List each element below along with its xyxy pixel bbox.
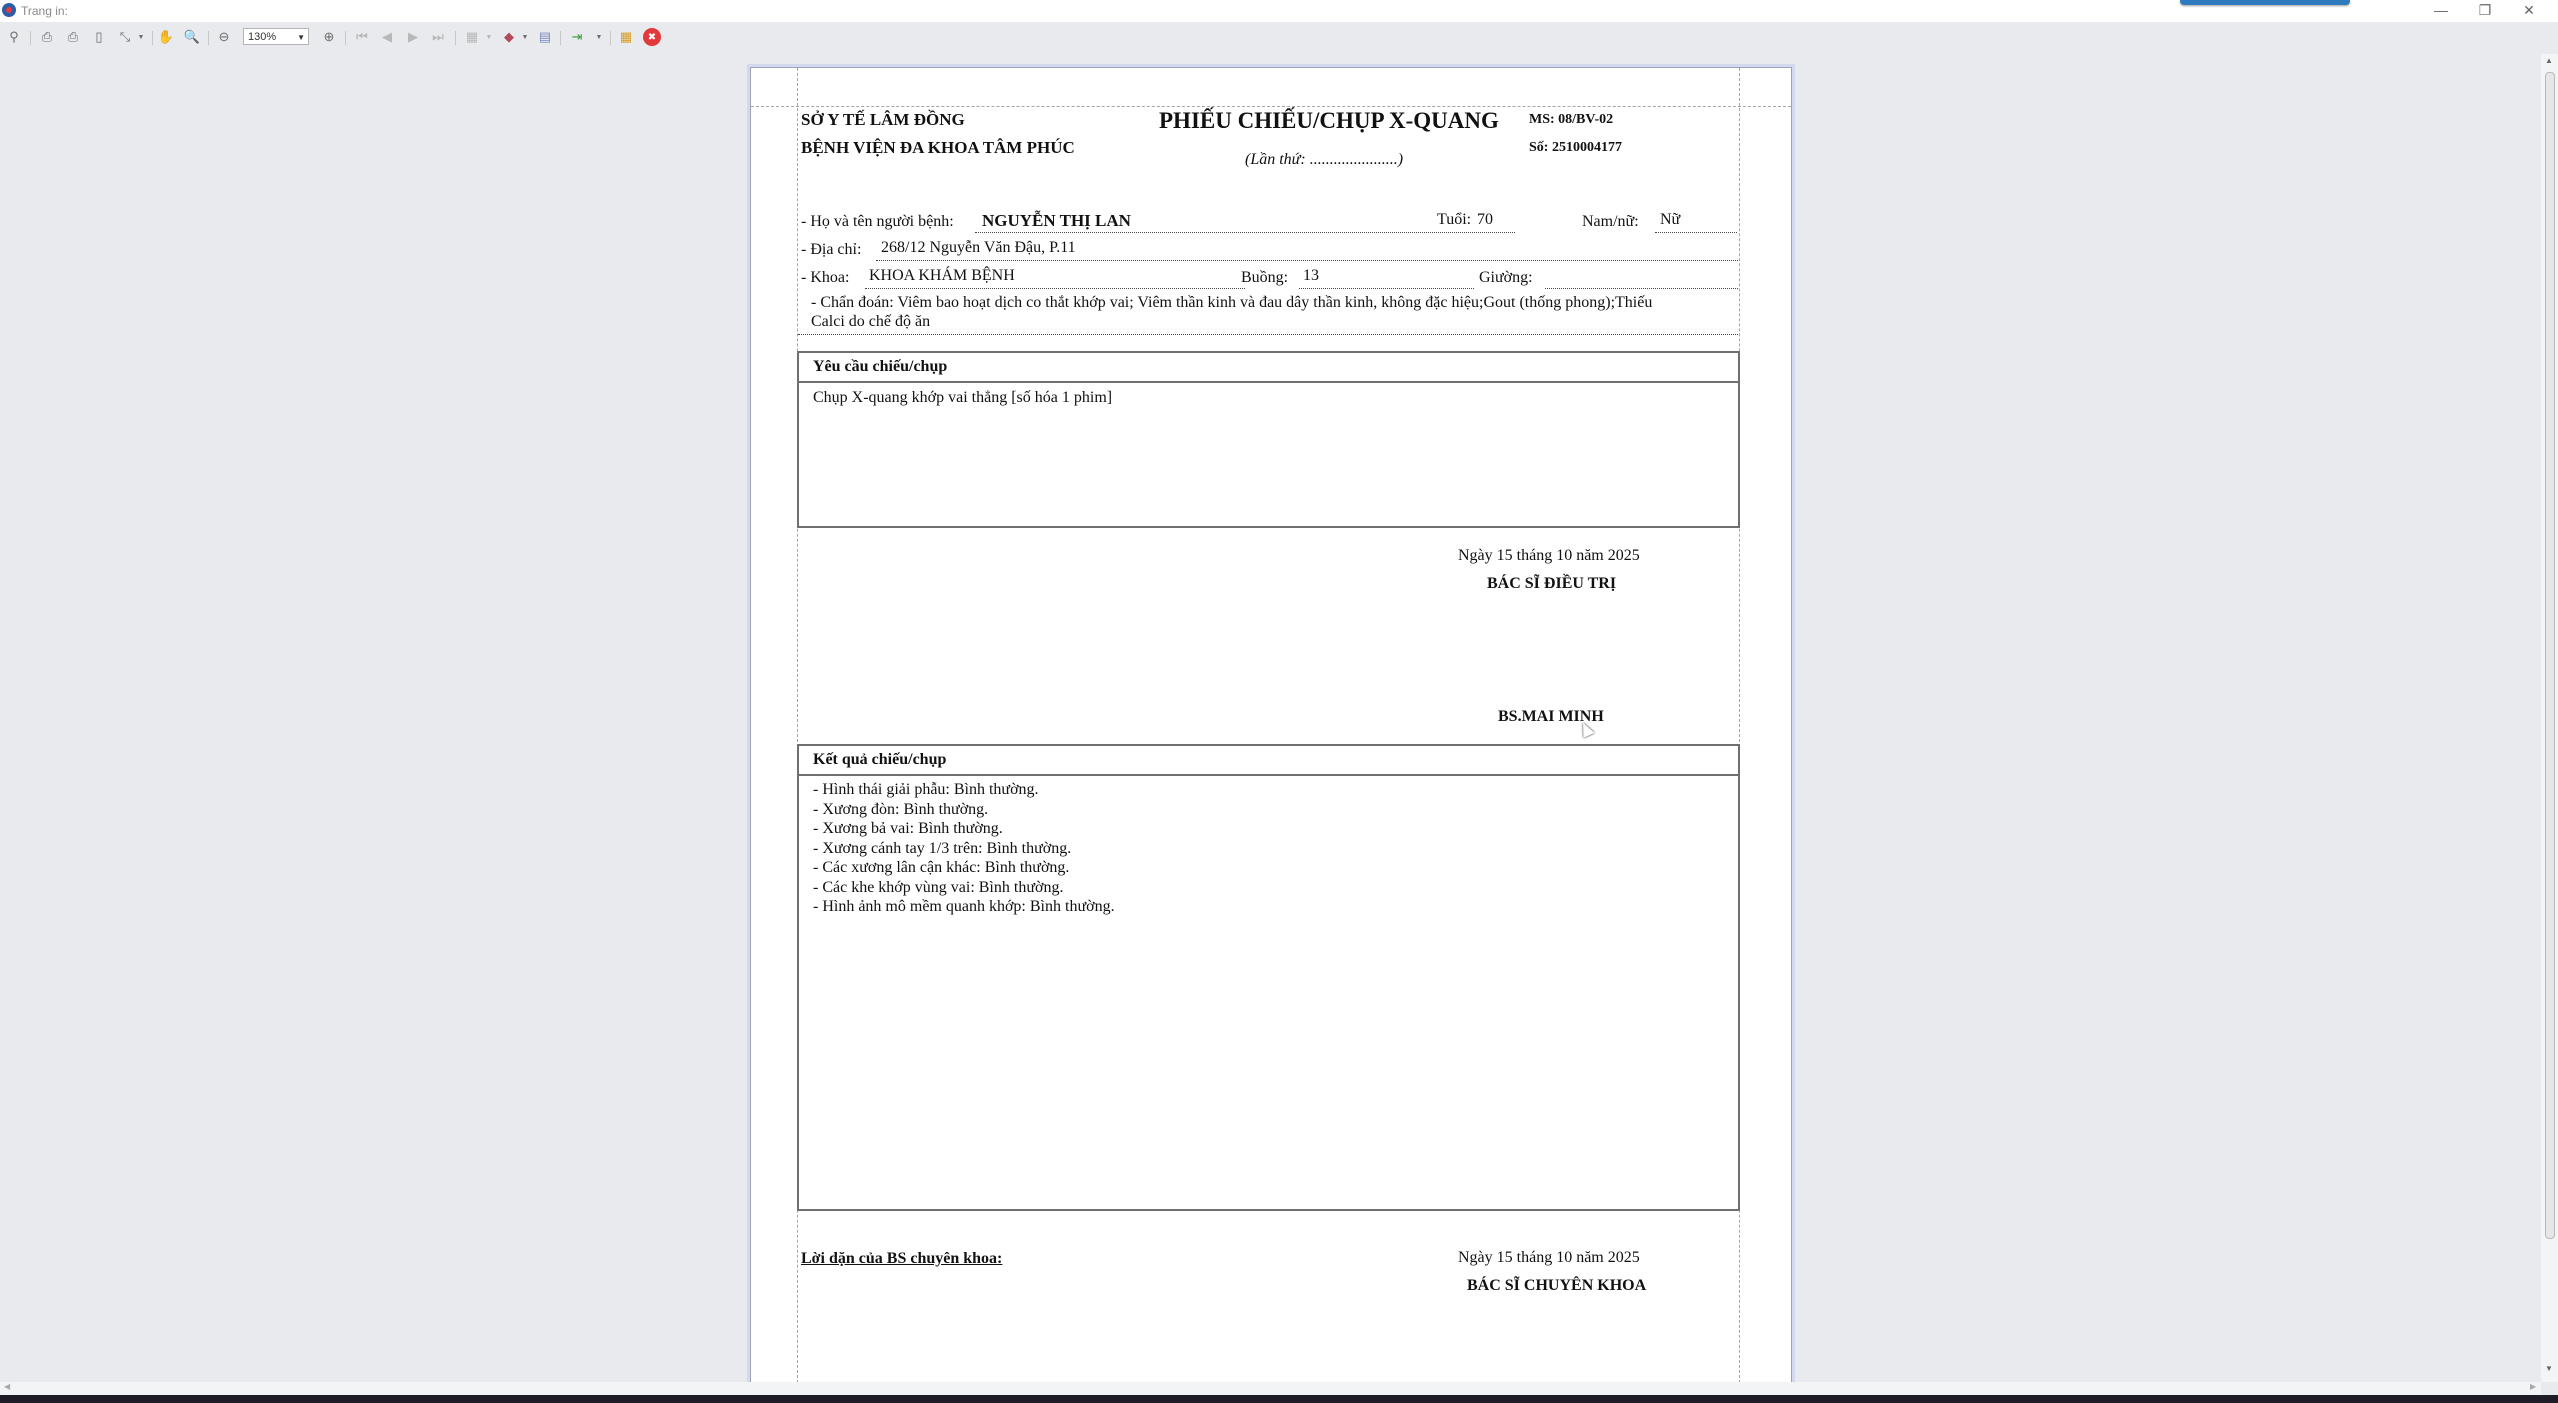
zoom-select[interactable]: 130% ▼ xyxy=(243,28,309,45)
page-setup-icon[interactable]: ▯ xyxy=(90,28,108,46)
result-line: - Các khe khớp vùng vai: Bình thường. xyxy=(813,879,1063,897)
patient-room: 13 xyxy=(1303,267,1319,285)
address-label: - Địa chỉ: xyxy=(801,241,861,259)
treating-date: Ngày 15 tháng 10 năm 2025 xyxy=(1458,547,1640,565)
scroll-right-icon[interactable]: ▶ xyxy=(2530,1382,2536,1391)
toolbar-separator xyxy=(208,31,209,45)
zoom-value: 130% xyxy=(248,31,276,43)
app-icon xyxy=(2,3,16,17)
result-line: - Hình thái giải phẫu: Bình thường. xyxy=(813,781,1039,799)
preview-viewport[interactable]: SỞ Y TẾ LÂM ĐỒNG BỆNH VIỆN ĐA KHOA TÂM P… xyxy=(0,54,2540,1382)
vertical-scrollbar[interactable]: ▲ ▼ xyxy=(2541,54,2558,1382)
last-page-icon[interactable]: ⏭ xyxy=(429,28,447,46)
notification-bar xyxy=(2180,0,2350,5)
result-heading: Kết quả chiếu/chụp xyxy=(813,751,946,769)
previous-page-icon[interactable]: ◀ xyxy=(378,28,396,46)
title-bar: Trang in: — ❐ ✕ xyxy=(0,0,2558,22)
toolbar-separator xyxy=(345,31,346,45)
scale-dropdown-icon[interactable]: ▼ xyxy=(132,28,150,46)
vertical-scroll-thumb[interactable] xyxy=(2545,72,2555,1239)
result-line: - Các xương lân cận khác: Bình thường. xyxy=(813,859,1069,877)
close-preview-icon[interactable]: ✖ xyxy=(643,28,661,46)
department-label: - Khoa: xyxy=(801,269,849,287)
minimize-button[interactable]: — xyxy=(2420,0,2462,22)
toolbar-separator xyxy=(152,31,153,45)
export-icon[interactable]: ⇥ xyxy=(568,28,586,46)
result-line: - Xương bả vai: Bình thường. xyxy=(813,820,1003,838)
close-button[interactable]: ✕ xyxy=(2508,0,2550,22)
toolbar-separator xyxy=(30,31,31,45)
find-icon[interactable]: ⚲ xyxy=(5,28,23,46)
result-box: Kết quả chiếu/chụp - Hình thái giải phẫu… xyxy=(797,744,1740,1211)
result-line: - Xương đòn: Bình thường. xyxy=(813,801,988,819)
form-code: MS: 08/BV-02 xyxy=(1529,112,1613,128)
advice-label: Lời dặn của BS chuyên khoa: xyxy=(801,1250,1002,1268)
document-page: SỞ Y TẾ LÂM ĐỒNG BỆNH VIỆN ĐA KHOA TÂM P… xyxy=(750,67,1792,1382)
room-dotted-line xyxy=(1299,288,1474,289)
toolbar-separator xyxy=(455,31,456,45)
horizontal-scrollbar[interactable]: ◀ ▶ xyxy=(0,1382,2541,1395)
magnifier-icon[interactable]: 🔍 xyxy=(183,28,201,46)
scroll-left-icon[interactable]: ◀ xyxy=(4,1382,10,1391)
room-label: Buồng: xyxy=(1241,269,1288,287)
request-heading: Yêu cầu chiếu/chụp xyxy=(813,358,947,376)
request-header: Yêu cầu chiếu/chụp xyxy=(799,353,1738,383)
department-dotted-line xyxy=(865,288,1245,289)
restore-button[interactable]: ❐ xyxy=(2464,0,2506,22)
multiple-pages-icon[interactable]: ▦ xyxy=(463,28,481,46)
result-line: - Hình ảnh mô mềm quanh khớp: Bình thườn… xyxy=(813,898,1115,916)
parameters-icon[interactable]: ▦ xyxy=(617,28,635,46)
result-line: - Xương cánh tay 1/3 trên: Bình thường. xyxy=(813,840,1071,858)
gender-dotted-line xyxy=(1655,232,1737,233)
specialist-date: Ngày 15 tháng 10 năm 2025 xyxy=(1458,1249,1640,1267)
zoom-in-icon[interactable]: ⊕ xyxy=(320,28,338,46)
form-title: PHIẾU CHIẾU/CHỤP X-QUANG xyxy=(1159,108,1499,134)
bed-dotted-line xyxy=(1545,288,1738,289)
patient-age: 70 xyxy=(1477,211,1493,229)
patient-name: NGUYỄN THỊ LAN xyxy=(982,211,1131,231)
result-header: Kết quả chiếu/chụp xyxy=(799,746,1738,776)
specialist-title: BÁC SĨ CHUYÊN KHOA xyxy=(1467,1277,1646,1295)
background-dropdown-icon[interactable]: ▼ xyxy=(516,28,534,46)
diagnosis-line-1: - Chẩn đoán: Viêm bao hoạt dịch co thắt … xyxy=(811,294,1652,312)
document-number: Số: 2510004177 xyxy=(1529,140,1622,156)
scroll-down-icon[interactable]: ▼ xyxy=(2545,1364,2553,1373)
next-page-icon[interactable]: ▶ xyxy=(404,28,422,46)
patient-department: KHOA KHÁM BỆNH xyxy=(869,267,1015,285)
name-dotted-line xyxy=(975,232,1515,233)
toolbar-separator xyxy=(560,31,561,45)
toolbar-separator xyxy=(610,31,611,45)
watermark-icon[interactable]: ▤ xyxy=(536,28,554,46)
patient-gender: Nữ xyxy=(1660,211,1680,229)
multiple-pages-dropdown-icon[interactable]: ▼ xyxy=(480,28,498,46)
request-box: Yêu cầu chiếu/chụp Chụp X-quang khớp vai… xyxy=(797,351,1740,528)
address-dotted-line xyxy=(876,260,1738,261)
department-name: SỞ Y TẾ LÂM ĐỒNG xyxy=(801,110,965,130)
print-icon[interactable]: ⎙ xyxy=(38,28,56,46)
export-dropdown-icon[interactable]: ▼ xyxy=(590,28,608,46)
chevron-down-icon[interactable]: ▼ xyxy=(297,29,305,46)
scroll-up-icon[interactable]: ▲ xyxy=(2545,56,2553,65)
bed-label: Giường: xyxy=(1479,269,1533,287)
age-label: Tuổi: xyxy=(1437,211,1471,229)
top-margin-guide xyxy=(751,106,1791,107)
diagnosis-dotted-line xyxy=(798,334,1738,335)
patient-name-label: - Họ và tên người bệnh: xyxy=(801,213,954,231)
window-title: Trang in: xyxy=(21,4,68,18)
request-content: Chụp X-quang khớp vai thẳng [số hóa 1 ph… xyxy=(813,389,1112,407)
diagnosis-line-2: Calci do chế độ ăn xyxy=(811,313,930,331)
first-page-icon[interactable]: ⏮ xyxy=(353,28,371,46)
quick-print-icon[interactable]: ⎙ xyxy=(64,28,82,46)
toolbar: ⚲ ⎙ ⎙ ▯ ⤡ ▼ ✋ 🔍 ⊖ 130% ▼ ⊕ ⏮ ◀ ▶ ⏭ ▦ ▼ ◆… xyxy=(0,22,2558,54)
hospital-name: BỆNH VIỆN ĐA KHOA TÂM PHÚC xyxy=(801,138,1075,158)
zoom-out-icon[interactable]: ⊖ xyxy=(215,28,233,46)
gender-label: Nam/nữ: xyxy=(1582,213,1639,231)
treating-doctor-title: BÁC SĨ ĐIỀU TRỊ xyxy=(1487,575,1616,593)
hand-tool-icon[interactable]: ✋ xyxy=(157,28,175,46)
patient-address: 268/12 Nguyễn Văn Đậu, P.11 xyxy=(881,239,1076,257)
taskbar xyxy=(0,1395,2558,1403)
attempt-line: (Lần thứ: ......................) xyxy=(1245,151,1403,169)
